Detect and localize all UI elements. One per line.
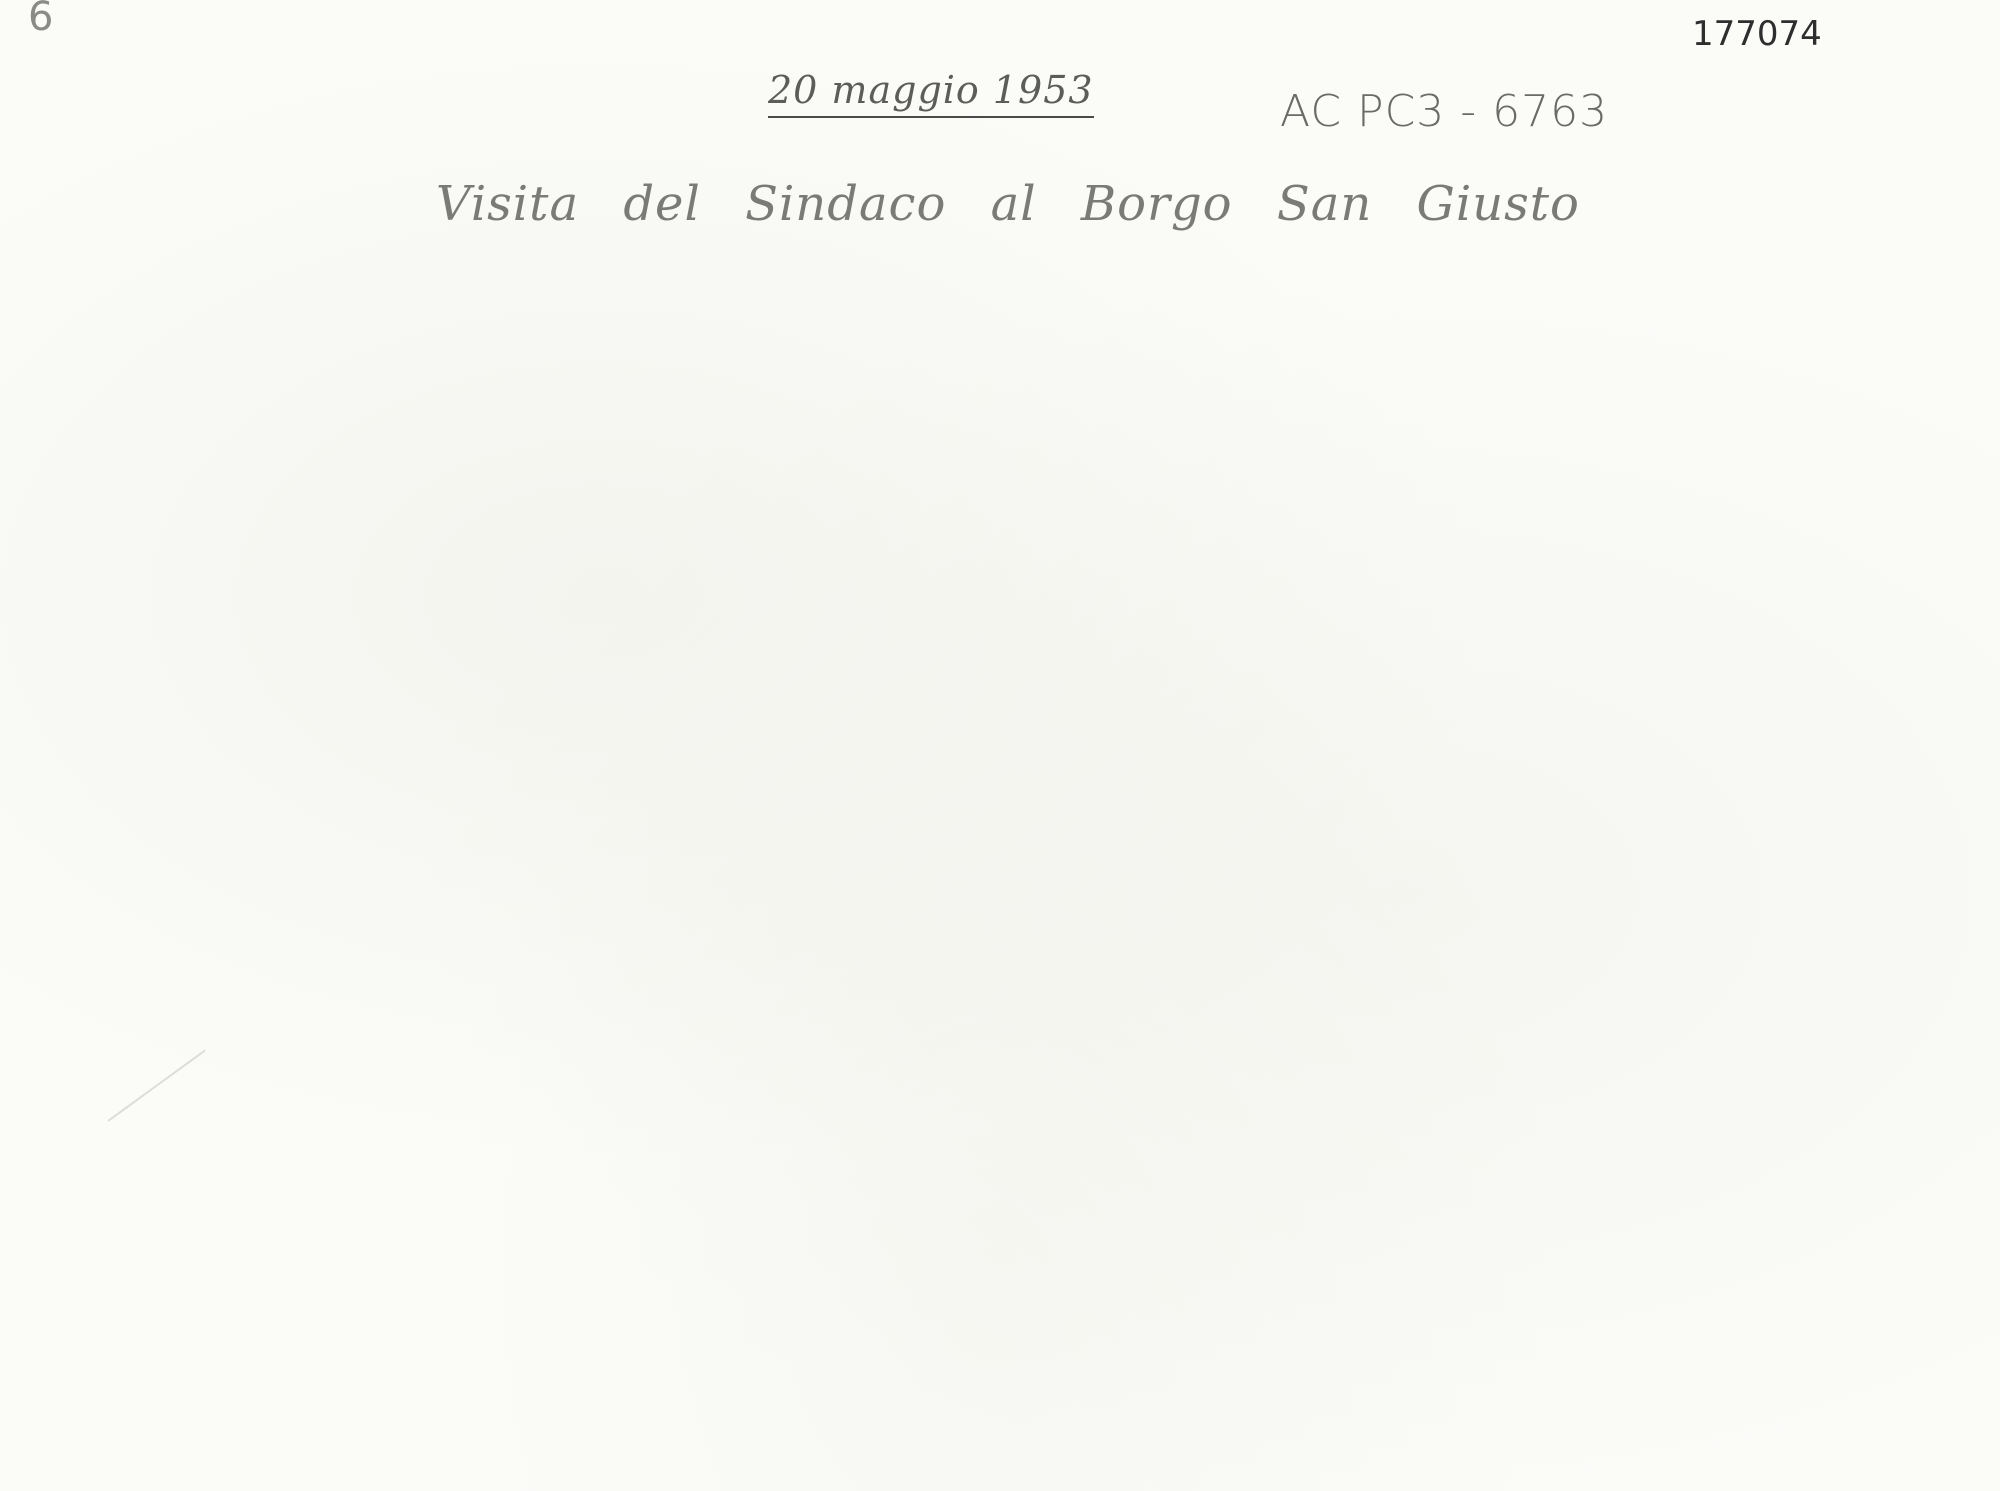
caption-annotation: Visita del Sindaco al Borgo San Giusto: [436, 176, 1580, 232]
date-annotation: 20 maggio 1953: [768, 68, 1094, 118]
catalog-code: AC PC3 - 6763: [1280, 86, 1608, 137]
archive-number: 177074: [1692, 14, 1822, 54]
sheet-number: 6: [28, 0, 54, 40]
